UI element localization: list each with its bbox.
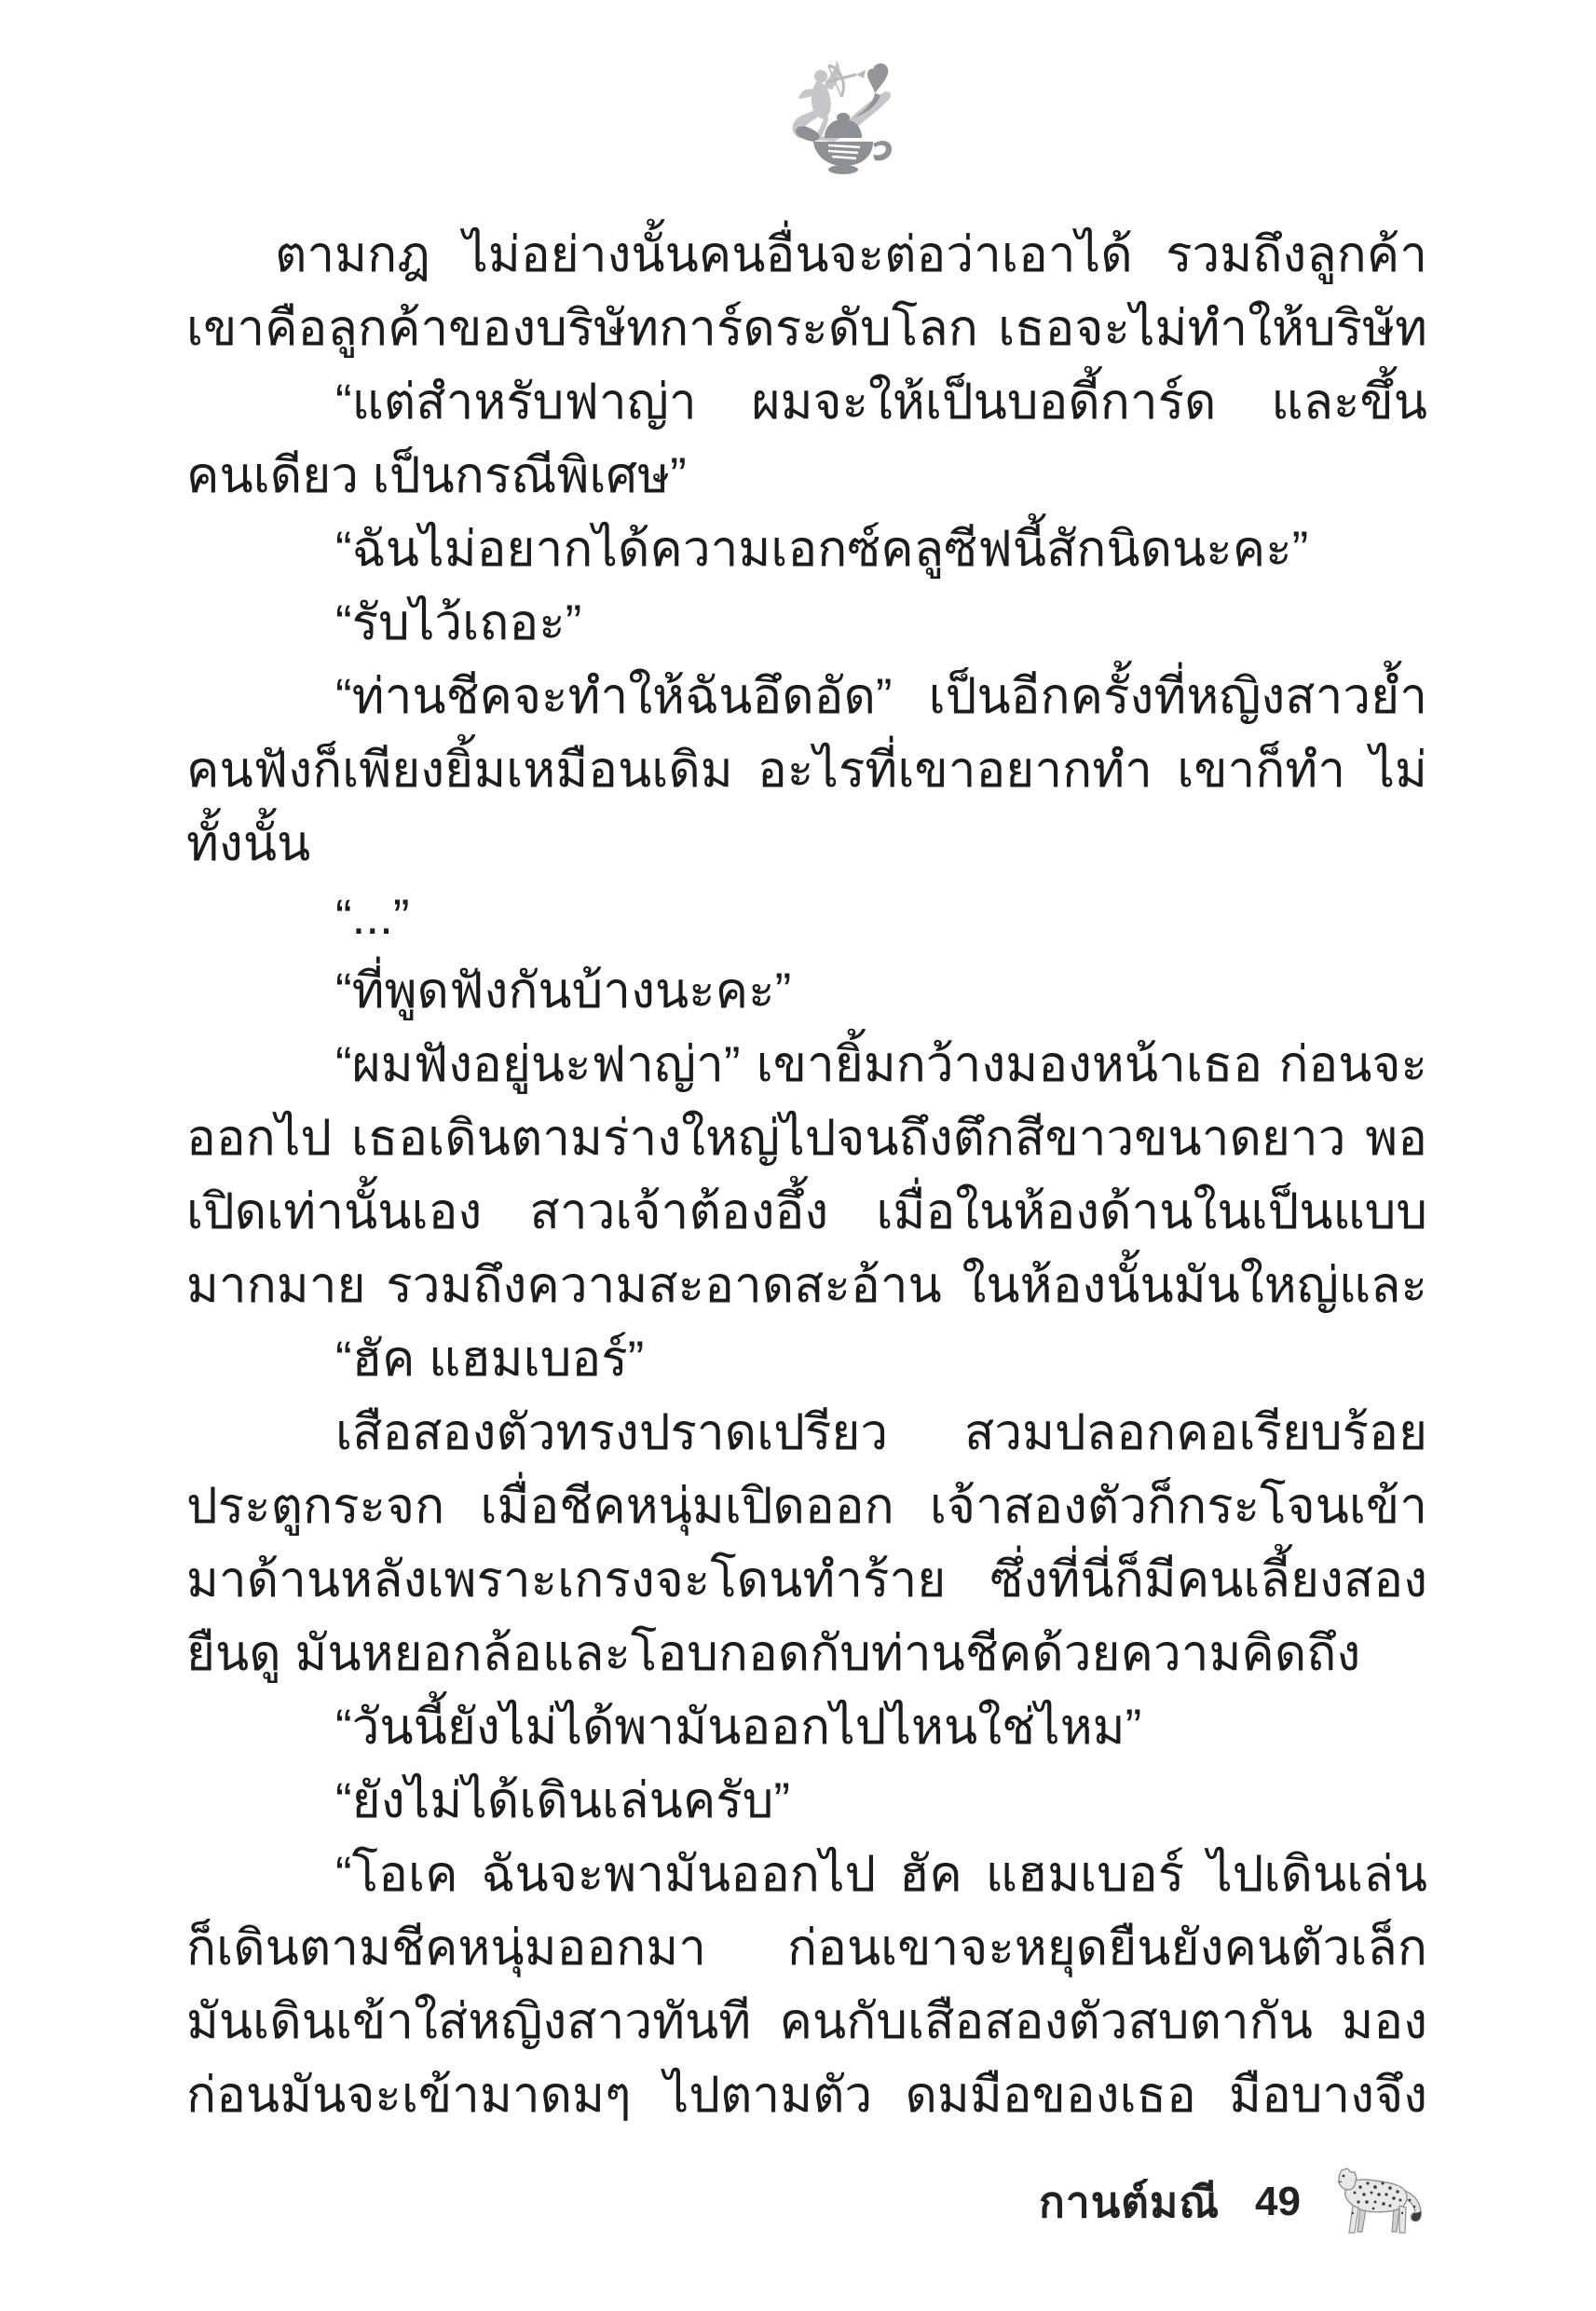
text-line: ทั้งนั้น xyxy=(186,807,1427,881)
text-line: ก่อนมันจะเข้ามาดมๆ ไปตามตัว ดมมือของเธอ … xyxy=(186,2058,1427,2132)
text-line: มาด้านหลังเพราะเกรงจะโดนทำร้าย ซึ่งที่นี… xyxy=(186,1543,1427,1617)
text-line: มากมาย รวมถึงความสะอาดสะอ้าน ในห้องนั้นม… xyxy=(186,1249,1427,1322)
text-line: “โอเค ฉันจะพามันออกไป ฮัค แฮมเบอร์ ไปเดิ… xyxy=(186,1838,1427,1911)
cupid-genie-lamp-ornament-icon xyxy=(785,52,897,175)
text-block: ตามกฎ ไม่อย่างนั้นคนอื่นจะต่อว่าเอาได้ ร… xyxy=(186,218,1427,2132)
page-number: 49 xyxy=(1255,2179,1301,2225)
text-line: “วันนี้ยังไม่ได้พามันออกไปไหนใช่ไหม” xyxy=(186,1690,1427,1764)
text-line: ยืนดู มันหยอกล้อและโอบกอดกับท่านชีคด้วยค… xyxy=(186,1617,1427,1690)
text-line: “ฮัค แฮมเบอร์” xyxy=(186,1322,1427,1396)
text-line: เปิดเท่านั้นเอง สาวเจ้าต้องอึ้ง เมื่อในห… xyxy=(186,1175,1427,1249)
book-page: ตามกฎ ไม่อย่างนั้นคนอื่นจะต่อว่าเอาได้ ร… xyxy=(0,0,1596,2311)
book-title: กานต์มณี xyxy=(1039,2168,1220,2236)
text-line: “รับไว้เถอะ” xyxy=(186,586,1427,660)
text-line: คนฟังก็เพียงยิ้มเหมือนเดิม อะไรที่เขาอยา… xyxy=(186,733,1427,807)
text-line: มันเดินเข้าใส่หญิงสาวทันที คนกับเสือสองต… xyxy=(186,1985,1427,2058)
text-line: “แต่สำหรับฟาญ่า ผมจะให้เป็นบอดี้การ์ด แล… xyxy=(186,365,1427,439)
text-line: “ยังไม่ได้เดินเล่นครับ” xyxy=(186,1764,1427,1838)
text-line: “ผมฟังอยู่นะฟาญ่า” เขายิ้มกว้างมองหน้าเธ… xyxy=(186,1028,1427,1101)
text-line: “ฉันไม่อยากได้ความเอกซ์คลูซีฟนี้สักนิดนะ… xyxy=(186,513,1427,586)
text-line: เขาคือลูกค้าของบริษัทการ์ดระดับโลก เธอจะ… xyxy=(186,292,1427,365)
text-line: ประตูกระจก เมื่อชีคหนุ่มเปิดออก เจ้าสองต… xyxy=(186,1470,1427,1543)
text-line: “...” xyxy=(186,881,1427,954)
text-line: ออกไป เธอเดินตามร่างใหญ่ไปจนถึงตึกสีขาวข… xyxy=(186,1101,1427,1175)
text-line: ตามกฎ ไม่อย่างนั้นคนอื่นจะต่อว่าเอาได้ ร… xyxy=(186,218,1427,292)
text-line: “ที่พูดฟังกันบ้างนะคะ” xyxy=(186,954,1427,1028)
page-footer: กานต์มณี 49 xyxy=(1039,2164,1427,2240)
cheetah-icon xyxy=(1332,2167,1427,2237)
text-line: เสือสองตัวทรงปราดเปรียว สวมปลอกคอเรียบร้… xyxy=(186,1396,1427,1470)
text-line: “ท่านชีคจะทำให้ฉันอึดอัด” เป็นอีกครั้งที… xyxy=(186,660,1427,733)
text-line: ก็เดินตามชีคหนุ่มออกมา ก่อนเขาจะหยุดยืนย… xyxy=(186,1911,1427,1985)
text-line: คนเดียว เป็นกรณีพิเศษ” xyxy=(186,439,1427,513)
